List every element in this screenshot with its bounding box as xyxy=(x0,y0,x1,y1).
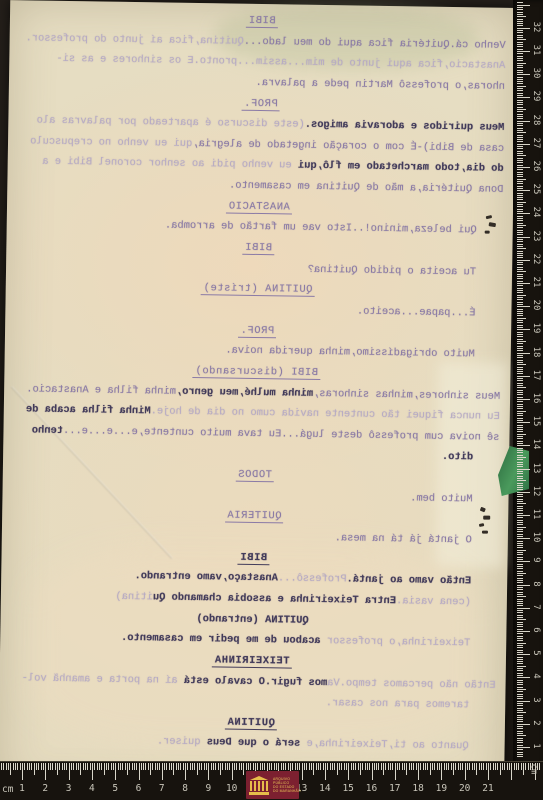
ruler-tick xyxy=(48,763,49,770)
ruler-number: 23 xyxy=(531,228,541,244)
ruler-tick xyxy=(517,186,523,187)
ruler-tick xyxy=(71,763,72,770)
ruler-tick xyxy=(517,107,523,108)
ruler-tick xyxy=(517,183,523,184)
heading-text: TEIXEIRINHA xyxy=(212,654,291,668)
ruler-tick xyxy=(355,763,356,770)
ruler-tick xyxy=(285,763,286,770)
ruler-tick xyxy=(517,675,523,676)
ruler-tick xyxy=(199,763,200,770)
ruler-tick xyxy=(517,336,523,337)
ruler-tick xyxy=(451,763,452,770)
ruler-tick xyxy=(85,763,86,770)
ruler-tick xyxy=(517,441,523,442)
ruler-tick xyxy=(517,452,523,453)
ruler-tick xyxy=(145,763,146,770)
ruler-tick xyxy=(517,309,523,310)
ruler-tick xyxy=(517,494,523,495)
ruler-tick xyxy=(358,763,359,770)
ruler-tick xyxy=(134,763,135,770)
ruler-tick xyxy=(36,763,37,770)
ruler-tick xyxy=(517,299,523,300)
ruler-tick xyxy=(517,35,523,36)
ruler-tick xyxy=(517,740,523,741)
ruler-tick xyxy=(517,357,523,358)
ruler-tick xyxy=(395,763,396,780)
ruler-tick xyxy=(517,315,523,316)
ruler-tick xyxy=(504,763,505,770)
ruler-tick xyxy=(517,195,523,196)
ruler-number: 29 xyxy=(531,88,541,104)
ruler-tick xyxy=(517,12,523,13)
ruler-tick xyxy=(517,285,523,286)
ruler-tick xyxy=(204,763,205,770)
ruler-number: 20 xyxy=(531,297,541,313)
ruler-tick xyxy=(306,763,307,770)
ruler-tick xyxy=(218,763,219,770)
ruler-tick xyxy=(517,125,523,126)
ruler-tick xyxy=(517,520,523,521)
ruler-tick xyxy=(517,81,523,82)
ruler-number: 22 xyxy=(531,251,541,267)
line-segment: Então não percamos tempo.Va xyxy=(327,677,496,692)
ruler-tick xyxy=(141,763,142,770)
ruler-tick xyxy=(517,404,523,405)
ruler-number: 5 xyxy=(112,783,118,794)
ruler-tick xyxy=(332,763,333,770)
ruler-tick xyxy=(517,160,523,161)
line-segment: itina) xyxy=(115,591,153,604)
ruler-tick xyxy=(6,763,7,770)
ruler-tick xyxy=(271,763,272,770)
ruler-tick xyxy=(3,763,4,770)
ruler-tick xyxy=(517,42,523,43)
ruler-tick xyxy=(517,652,523,653)
ruler-tick xyxy=(517,485,523,486)
ruler-tick xyxy=(517,362,523,363)
ruler-tick xyxy=(517,130,523,131)
ruler-number: 14 xyxy=(531,436,541,452)
ruler-tick xyxy=(517,515,530,516)
ruler-tick xyxy=(1,763,2,770)
ruler-number: 15 xyxy=(531,413,541,429)
ruler-tick xyxy=(517,9,523,10)
ruler-tick xyxy=(517,564,523,565)
ruler-tick xyxy=(517,5,530,6)
ruler-tick xyxy=(517,60,523,61)
ruler-tick xyxy=(517,673,523,674)
ruler-number: 27 xyxy=(531,135,541,151)
ruler-tick xyxy=(517,148,523,149)
line-segment: do dia,todo marchetado em flô,qui xyxy=(298,160,504,175)
ruler-tick xyxy=(517,353,530,354)
ruler-tick xyxy=(115,763,116,780)
ruler-tick xyxy=(517,496,523,497)
ruler-tick xyxy=(517,476,523,477)
ruler-number: 19 xyxy=(531,320,541,336)
ruler-tick xyxy=(517,694,523,695)
ruler-tick xyxy=(517,251,523,252)
line-segment: Tu aceita o pidido Quitina? xyxy=(308,263,477,278)
ruler-tick xyxy=(55,763,56,770)
ruler-tick xyxy=(517,320,523,321)
line-segment: Qui beleza,minino!..Isto vae um fartão d… xyxy=(165,220,477,237)
ruler-tick xyxy=(517,44,523,45)
heading-text: QUITERIA xyxy=(225,510,284,524)
ruler-number: 8 xyxy=(182,783,188,794)
ruler-tick xyxy=(517,420,523,421)
ruler-tick xyxy=(517,647,523,648)
ruler-number: 7 xyxy=(531,599,541,615)
ruler-tick xyxy=(517,350,523,351)
ruler-tick xyxy=(316,763,317,770)
ruler-tick xyxy=(517,197,523,198)
ruler-number: 2 xyxy=(531,715,541,731)
ruler-tick xyxy=(517,659,523,660)
ruler-tick xyxy=(517,202,526,203)
ruler-tick xyxy=(517,385,523,386)
ruler-tick xyxy=(309,763,310,770)
line-segment: (este discurso é aparteado por palavras … xyxy=(37,115,305,131)
ruler-tick xyxy=(517,638,523,639)
ruler-tick xyxy=(517,290,523,291)
ruler-tick xyxy=(517,624,523,625)
ruler-number: 14 xyxy=(319,783,330,794)
ruler-tick xyxy=(460,763,461,770)
ruler-tick xyxy=(472,763,473,770)
ruler-tick xyxy=(517,339,523,340)
ruler-tick xyxy=(517,480,526,481)
ruler-tick xyxy=(488,763,489,780)
ruler-tick xyxy=(517,499,523,500)
ruler-number: 2 xyxy=(42,783,48,794)
heading-text: ANASTACIO xyxy=(226,200,292,214)
ruler-tick xyxy=(413,763,414,770)
ruler-tick xyxy=(34,763,35,775)
ruler-tick xyxy=(10,763,11,775)
ruler-tick xyxy=(353,763,354,770)
ruler-tick xyxy=(517,462,523,463)
ruler-tick xyxy=(517,633,523,634)
heading-text: BIBI xyxy=(246,15,278,28)
ruler-tick xyxy=(517,501,523,502)
mirrored-typescript-text: BIBIVenho cá.Quitéria fica aqui do meu l… xyxy=(6,7,506,758)
ruler-tick xyxy=(313,763,314,775)
ruler-tick xyxy=(517,223,523,224)
ruler-tick xyxy=(517,79,523,80)
ruler-tick xyxy=(299,763,300,770)
ruler-tick xyxy=(434,763,435,770)
ruler-number: 17 xyxy=(389,783,400,794)
ruler-tick xyxy=(323,763,324,770)
heading-text: BIBI (discursando) xyxy=(193,365,320,380)
ruler-tick xyxy=(517,23,523,24)
ruler-tick xyxy=(348,763,349,780)
ruler-tick xyxy=(517,582,523,583)
ruler-tick xyxy=(365,763,366,770)
heading-text: PROF. xyxy=(241,97,279,111)
ruler-tick xyxy=(90,763,91,770)
ruler-tick xyxy=(507,763,508,770)
ruler-tick xyxy=(517,104,523,105)
ruler-tick xyxy=(467,763,468,770)
ruler-tick xyxy=(517,691,523,692)
ruler-number: 30 xyxy=(531,65,541,81)
ruler-number: 13 xyxy=(531,460,541,476)
ruler-tick xyxy=(517,295,526,296)
ruler-tick xyxy=(517,204,523,205)
heading-text: TODOS xyxy=(236,469,274,483)
ruler-tick xyxy=(24,763,25,770)
ruler-number: 16 xyxy=(366,783,377,794)
ruler-tick xyxy=(192,763,193,770)
ruler-tick xyxy=(517,663,523,664)
ruler-tick xyxy=(157,763,158,770)
ruler-tick xyxy=(517,487,523,488)
ruler-tick xyxy=(362,763,363,770)
ruler-tick xyxy=(201,763,202,770)
line-segment: minha mulhé,meu genro, xyxy=(176,385,313,399)
ruler-tick xyxy=(517,538,530,539)
ruler-tick xyxy=(262,763,263,770)
ruler-tick xyxy=(517,90,523,91)
ruler-tick xyxy=(517,288,523,289)
ruler-tick xyxy=(517,568,523,569)
ruler-tick xyxy=(190,763,191,770)
ruler-tick xyxy=(517,529,523,530)
ruler-tick xyxy=(281,763,282,770)
ruler-tick xyxy=(416,763,417,770)
ruler-tick xyxy=(517,603,523,604)
ruler-tick xyxy=(517,712,526,713)
ruler-tick xyxy=(378,763,379,770)
ruler-tick xyxy=(517,708,523,709)
ruler-tick xyxy=(517,46,523,47)
ruler-tick xyxy=(517,636,523,637)
ruler-tick xyxy=(517,51,530,52)
ruler-tick xyxy=(517,550,526,551)
ruler-tick xyxy=(517,274,523,275)
ruler-tick xyxy=(517,49,523,50)
ruler-tick xyxy=(517,469,530,470)
ruler-tick xyxy=(517,587,523,588)
ruler-tick xyxy=(125,763,126,770)
ruler-tick xyxy=(448,763,449,770)
ruler-tick xyxy=(517,151,523,152)
ruler-tick xyxy=(517,355,523,356)
columns-shape xyxy=(250,781,268,791)
ruler-tick xyxy=(517,689,526,690)
ruler-tick xyxy=(164,763,165,770)
ruler-tick xyxy=(517,211,523,212)
ruler-tick xyxy=(517,74,530,75)
ruler-tick xyxy=(517,174,523,175)
ruler-tick xyxy=(180,763,181,770)
base-shape xyxy=(249,792,269,795)
ruler-number: 15 xyxy=(342,783,353,794)
ruler-tick xyxy=(166,763,167,770)
ruler-tick xyxy=(517,735,526,736)
ruler-tick xyxy=(517,742,523,743)
ruler-tick xyxy=(517,155,526,156)
ruler-tick xyxy=(183,763,184,770)
ruler-tick xyxy=(517,415,523,416)
ruler-tick xyxy=(208,763,209,780)
ruler-tick xyxy=(517,39,526,40)
ruler-tick xyxy=(106,763,107,770)
ruler-tick xyxy=(351,763,352,770)
ruler-number: 6 xyxy=(531,622,541,638)
ruler-tick xyxy=(122,763,123,770)
ruler-tick xyxy=(57,763,58,775)
line-segment: Muito obrigadíssimo,minha querida noiva. xyxy=(225,345,475,361)
ruler-tick xyxy=(283,763,284,770)
ruler-tick xyxy=(517,146,523,147)
ruler-tick xyxy=(517,16,526,17)
ruler-tick xyxy=(381,763,382,770)
ruler-tick xyxy=(517,53,523,54)
ruler-tick xyxy=(517,141,523,142)
ruler-number: 4 xyxy=(89,783,95,794)
ruler-tick xyxy=(517,56,523,57)
ruler-tick xyxy=(517,670,523,671)
ruler-tick xyxy=(517,466,523,467)
ruler-tick xyxy=(517,181,523,182)
ruler-tick xyxy=(517,408,523,409)
ruler-tick xyxy=(80,763,81,775)
heading-text: QUITINA xyxy=(225,716,277,730)
ruler-tick xyxy=(517,392,523,393)
ruler-tick xyxy=(517,153,523,154)
ruler-tick xyxy=(495,763,496,770)
ruler-tick xyxy=(517,58,523,59)
heading-text: BIBI xyxy=(243,242,275,255)
ruler-tick xyxy=(517,334,523,335)
ruler-tick xyxy=(517,710,523,711)
ruler-tick xyxy=(346,763,347,770)
ruler-number: 9 xyxy=(531,552,541,568)
ruler-tick xyxy=(517,318,526,319)
ruler-tick xyxy=(127,763,128,775)
ruler-number: 20 xyxy=(459,783,470,794)
ruler-number: 10 xyxy=(226,783,237,794)
ruler-tick xyxy=(517,629,523,630)
ruler-tick xyxy=(120,763,121,770)
ruler-tick xyxy=(517,589,523,590)
ruler-number: 19 xyxy=(436,783,447,794)
line-segment: mos fugir.O cavalo está xyxy=(184,674,328,688)
ruler-tick xyxy=(517,264,523,265)
ruler-tick xyxy=(215,763,216,770)
ruler-tick xyxy=(517,364,526,365)
archive-logo: ARQUIVOPÚBLICODO ESTADODO MARANHÃO xyxy=(246,771,299,799)
ruler-tick xyxy=(517,230,523,231)
ruler-tick xyxy=(101,763,102,770)
line-segment: Minha filha acaba de xyxy=(26,404,151,418)
ruler-tick xyxy=(517,680,523,681)
ruler-tick xyxy=(517,306,530,307)
line-segment: tenho xyxy=(32,424,63,436)
ruler-tick xyxy=(517,7,523,8)
pediment-shape xyxy=(250,776,268,780)
ruler-tick xyxy=(409,763,410,770)
ruler-tick xyxy=(13,763,14,770)
ruler-tick xyxy=(517,218,523,219)
ruler-tick xyxy=(52,763,53,770)
line-segment: Teixeirinha,o professor xyxy=(320,635,470,649)
ruler-tick xyxy=(517,144,530,145)
ruler-number: 9 xyxy=(206,783,212,794)
ruler-tick xyxy=(399,763,400,770)
ruler-tick xyxy=(517,329,530,330)
ruler-tick xyxy=(517,724,530,725)
heading-text: QUITINA (entrando) xyxy=(196,613,308,627)
ruler-tick xyxy=(517,360,523,361)
ruler-tick xyxy=(517,132,526,133)
ruler-tick xyxy=(517,650,523,651)
ruler-tick xyxy=(517,661,523,662)
ruler-tick xyxy=(517,503,526,504)
ruler-tick xyxy=(517,599,523,600)
ruler-tick xyxy=(517,95,523,96)
ruler-tick xyxy=(517,687,523,688)
ruler-tick xyxy=(136,763,137,770)
ruler-tick xyxy=(517,325,523,326)
ruler-tick xyxy=(517,70,523,71)
ruler-tick xyxy=(173,763,174,775)
ruler-tick xyxy=(455,763,456,770)
ruler-tick xyxy=(8,763,9,770)
ruler-tick xyxy=(517,327,523,328)
ruler-tick xyxy=(517,390,523,391)
ruler-tick xyxy=(517,213,530,214)
ruler-tick xyxy=(458,763,459,770)
ruler-tick xyxy=(253,763,254,770)
ruler-tick xyxy=(185,763,186,780)
ruler-tick xyxy=(295,763,296,770)
ruler-tick xyxy=(43,763,44,770)
ruler-tick xyxy=(517,427,523,428)
logo-text-line: DO MARANHÃO xyxy=(273,789,301,793)
ruler-tick xyxy=(517,425,523,426)
ruler-tick xyxy=(517,450,523,451)
ruler-tick xyxy=(517,283,530,284)
ruler-number: 8 xyxy=(531,576,541,592)
ruler-tick xyxy=(517,745,523,746)
line-segment: Meus quiridos e adoravia amigos. xyxy=(305,119,505,134)
ruler-tick xyxy=(517,738,523,739)
ruler-tick xyxy=(517,552,523,553)
ruler-tick xyxy=(517,715,523,716)
ruler-tick xyxy=(517,121,530,122)
ruler-tick xyxy=(517,139,523,140)
ruler-tick xyxy=(517,612,523,613)
ruler-tick xyxy=(517,271,526,272)
ruler-tick xyxy=(517,169,523,170)
ruler-tick xyxy=(517,422,530,423)
typescript-page: BIBIVenho cá.Quitéria fica aqui do meu l… xyxy=(0,0,516,800)
line-segment: Anastacio,fica aqui junto de mim...assim… xyxy=(56,53,505,72)
ruler-tick xyxy=(390,763,391,770)
ruler-tick xyxy=(211,763,212,770)
ruler-tick xyxy=(517,137,523,138)
ruler-number: 5 xyxy=(531,645,541,661)
ruler-tick xyxy=(517,438,523,439)
ruler-tick xyxy=(517,193,523,194)
ruler-tick xyxy=(320,763,321,770)
ruler-tick xyxy=(385,763,386,770)
ruler-tick xyxy=(517,566,523,567)
